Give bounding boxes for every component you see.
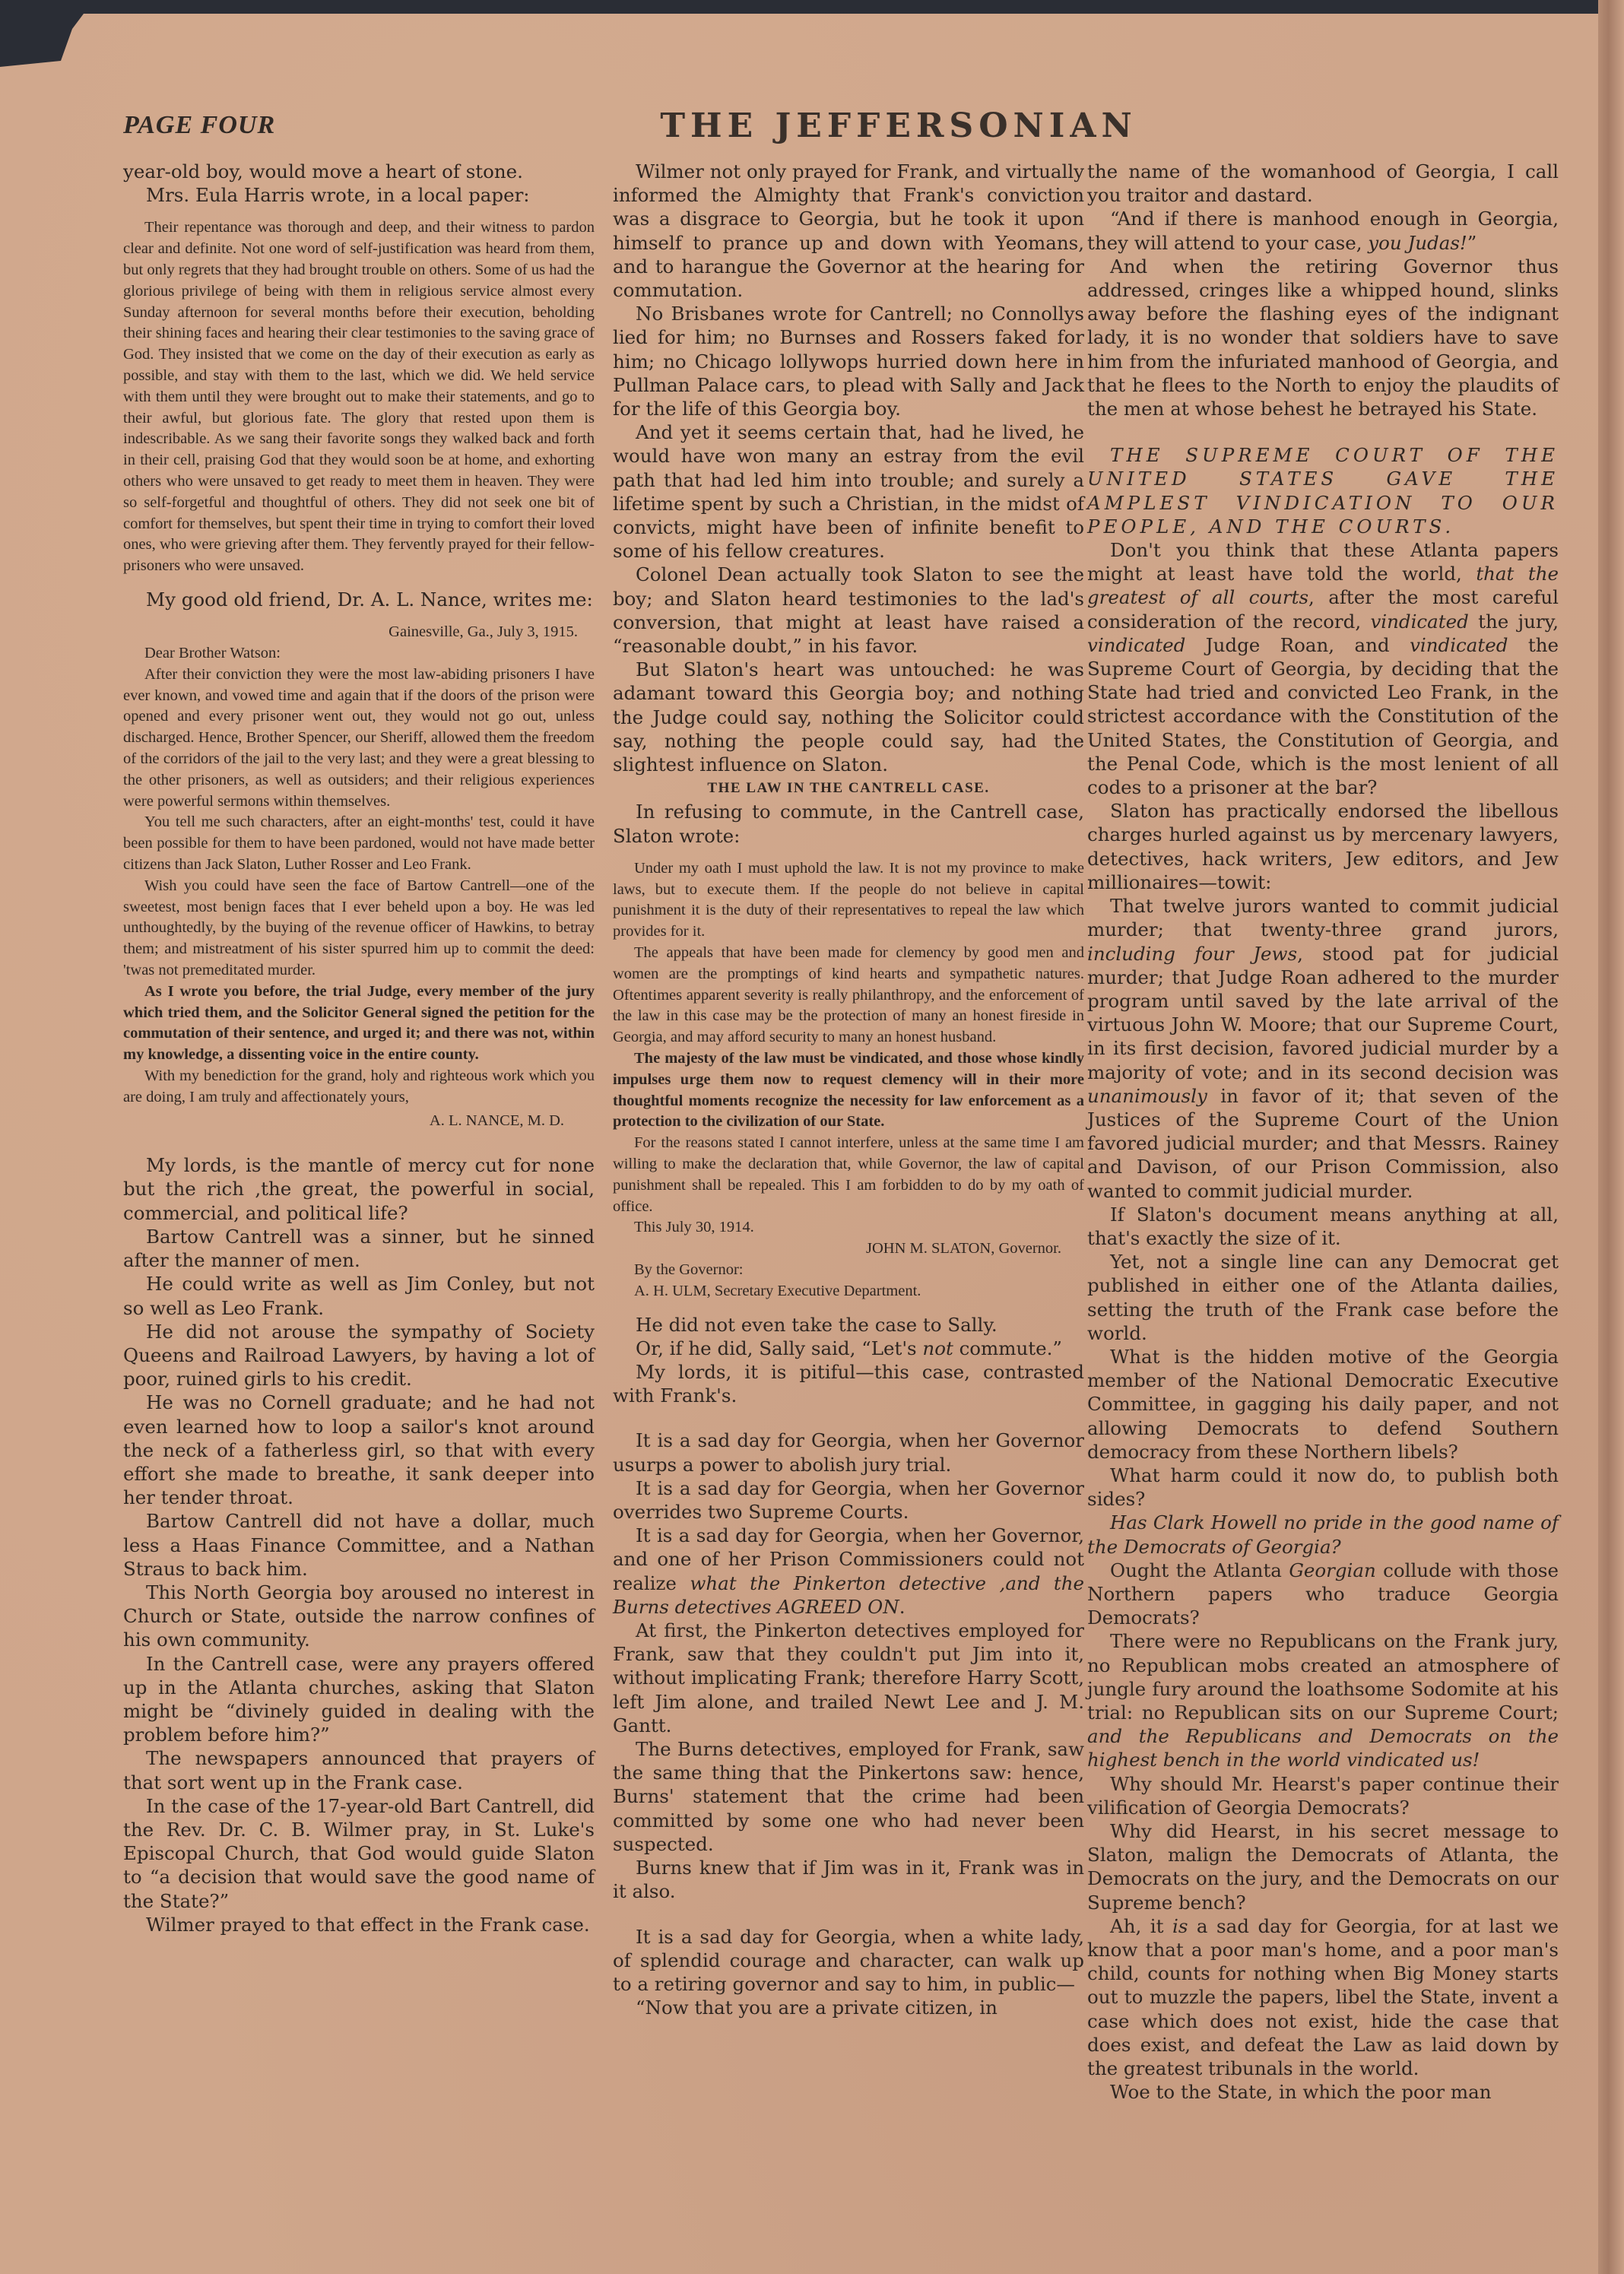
paragraph: And when the retiring Governor thus addr… <box>1087 255 1559 420</box>
letter-signature: A. L. NANCE, M. D. <box>123 1111 595 1132</box>
paragraph: Yet, not a single line can any Democrat … <box>1087 1250 1559 1345</box>
paragraph: Has Clark Howell no pride in the good na… <box>1087 1511 1559 1558</box>
paragraph: What harm could it now do, to publish bo… <box>1087 1464 1559 1511</box>
paragraph: It is a sad day for Georgia, when a whit… <box>613 1925 1084 1996</box>
quote-paragraph: The appeals that have been made for clem… <box>613 943 1084 1048</box>
column-1: year-old boy, would move a heart of ston… <box>123 160 595 1936</box>
block-quote-slaton: Under my oath I must uphold the law. It … <box>613 858 1084 1302</box>
quote-by-line: By the Governor: <box>613 1260 1084 1281</box>
quote-paragraph: The majesty of the law must be vindicate… <box>613 1048 1084 1133</box>
italic-section-heading: The Supreme Court of the United States g… <box>1087 443 1559 538</box>
paragraph: Mrs. Eula Harris wrote, in a local paper… <box>123 183 595 207</box>
paragraph: This North Georgia boy aroused no intere… <box>123 1581 595 1652</box>
paragraph: Slaton has practically endorsed the libe… <box>1087 799 1559 894</box>
paragraph: If Slaton's document means anything at a… <box>1087 1203 1559 1250</box>
paragraph: Wilmer prayed to that effect in the Fran… <box>123 1913 595 1936</box>
paragraph: He could write as well as Jim Conley, bu… <box>123 1272 595 1319</box>
paragraph: My lords, is the mantle of mercy cut for… <box>123 1153 595 1225</box>
quote-date: This July 30, 1914. <box>613 1217 1084 1238</box>
paragraph: My good old friend, Dr. A. L. Nance, wri… <box>123 588 595 611</box>
masthead-title: THE JEFFERSONIAN <box>572 106 1226 145</box>
paragraph: There were no Republicans on the Frank j… <box>1087 1629 1559 1771</box>
paragraph: He did not even take the case to Sally. <box>613 1313 1084 1337</box>
letter-paragraph: You tell me such characters, after an ei… <box>123 812 595 875</box>
paragraph: Why should Mr. Hearst's paper continue t… <box>1087 1772 1559 1819</box>
paragraph: At first, the Pinkerton detectives emplo… <box>613 1619 1084 1737</box>
paragraph: Colonel Dean actually took Slaton to see… <box>613 563 1084 658</box>
column-3: the name of the womanhood of Georgia, I … <box>1087 160 1559 2104</box>
paragraph: And yet it seems certain that, had he li… <box>613 420 1084 563</box>
paragraph: My lords, it is pitiful—this case, contr… <box>613 1360 1084 1407</box>
paragraph: But Slaton's heart was untouched: he was… <box>613 658 1084 776</box>
paragraph: year-old boy, would move a heart of ston… <box>123 160 595 183</box>
paragraph: Or, if he did, Sally said, “Let's not co… <box>613 1337 1084 1360</box>
paragraph: What is the hidden motive of the Georgia… <box>1087 1345 1559 1464</box>
paragraph: He was no Cornell graduate; and he had n… <box>123 1391 595 1509</box>
letter-paragraph: With my benediction for the grand, holy … <box>123 1066 595 1108</box>
paragraph: Bartow Cantrell did not have a dollar, m… <box>123 1509 595 1581</box>
block-quote-harris: Their repentance was thorough and deep, … <box>123 217 595 577</box>
paragraph: Don't you think that these Atlanta paper… <box>1087 538 1559 799</box>
page-number-label: PAGE FOUR <box>123 111 275 140</box>
paragraph: It is a sad day for Georgia, when her Go… <box>613 1524 1084 1619</box>
paragraph: “Now that you are a private citizen, in <box>613 1996 1084 2019</box>
paragraph: Bartow Cantrell was a sinner, but he sin… <box>123 1225 595 1272</box>
letter-nance: Gainesville, Ga., July 3, 1915. Dear Bro… <box>123 622 595 1132</box>
paragraph: “And if there is manhood enough in Georg… <box>1087 207 1559 254</box>
paragraph: Ah, it is a sad day for Georgia, for at … <box>1087 1914 1559 2080</box>
paragraph: In the Cantrell case, were any prayers o… <box>123 1652 595 1747</box>
paragraph: In the case of the 17-year-old Bart Cant… <box>123 1794 595 1913</box>
paragraph: In refusing to commute, in the Cantrell … <box>613 800 1084 847</box>
paragraph: Wilmer not only prayed for Frank, and vi… <box>613 160 1084 302</box>
paragraph: That twelve jurors wanted to commit judi… <box>1087 894 1559 1203</box>
paragraph: It is a sad day for Georgia, when her Go… <box>613 1476 1084 1524</box>
column-2: Wilmer not only prayed for Frank, and vi… <box>613 160 1084 2019</box>
page-edge <box>1598 0 1624 2274</box>
paragraph: the name of the womanhood of Georgia, I … <box>1087 160 1559 207</box>
paragraph: Woe to the State, in which the poor man <box>1087 2080 1559 2104</box>
paragraph: Why did Hearst, in his secret message to… <box>1087 1819 1559 1914</box>
page-header: PAGE FOUR THE JEFFERSONIAN <box>123 106 1545 152</box>
quote-secretary: A. H. ULM, Secretary Executive Departmen… <box>613 1281 1084 1302</box>
letter-paragraph: Wish you could have seen the face of Bar… <box>123 876 595 982</box>
paragraph: No Brisbanes wrote for Cantrell; no Conn… <box>613 302 1084 420</box>
paragraph: It is a sad day for Georgia, when her Go… <box>613 1429 1084 1476</box>
paragraph: He did not arouse the sympathy of Societ… <box>123 1320 595 1391</box>
quote-paragraph: For the reasons stated I cannot interfer… <box>613 1133 1084 1217</box>
letter-date: Gainesville, Ga., July 3, 1915. <box>123 622 595 643</box>
paragraph: Ought the Atlanta Georgian collude with … <box>1087 1559 1559 1630</box>
quote-paragraph: Under my oath I must uphold the law. It … <box>613 858 1084 943</box>
section-heading: THE LAW IN THE CANTRELL CASE. <box>613 776 1084 800</box>
quote-paragraph: Their repentance was thorough and deep, … <box>123 217 595 577</box>
letter-salutation: Dear Brother Watson: <box>123 643 595 664</box>
quote-signature: JOHN M. SLATON, Governor. <box>613 1238 1084 1260</box>
paragraph: The Burns detectives, employed for Frank… <box>613 1737 1084 1856</box>
paragraph: The newspapers announced that prayers of… <box>123 1746 595 1794</box>
letter-paragraph: After their conviction they were the mos… <box>123 664 595 813</box>
paragraph: Burns knew that if Jim was in it, Frank … <box>613 1856 1084 1903</box>
letter-paragraph: As I wrote you before, the trial Judge, … <box>123 982 595 1066</box>
